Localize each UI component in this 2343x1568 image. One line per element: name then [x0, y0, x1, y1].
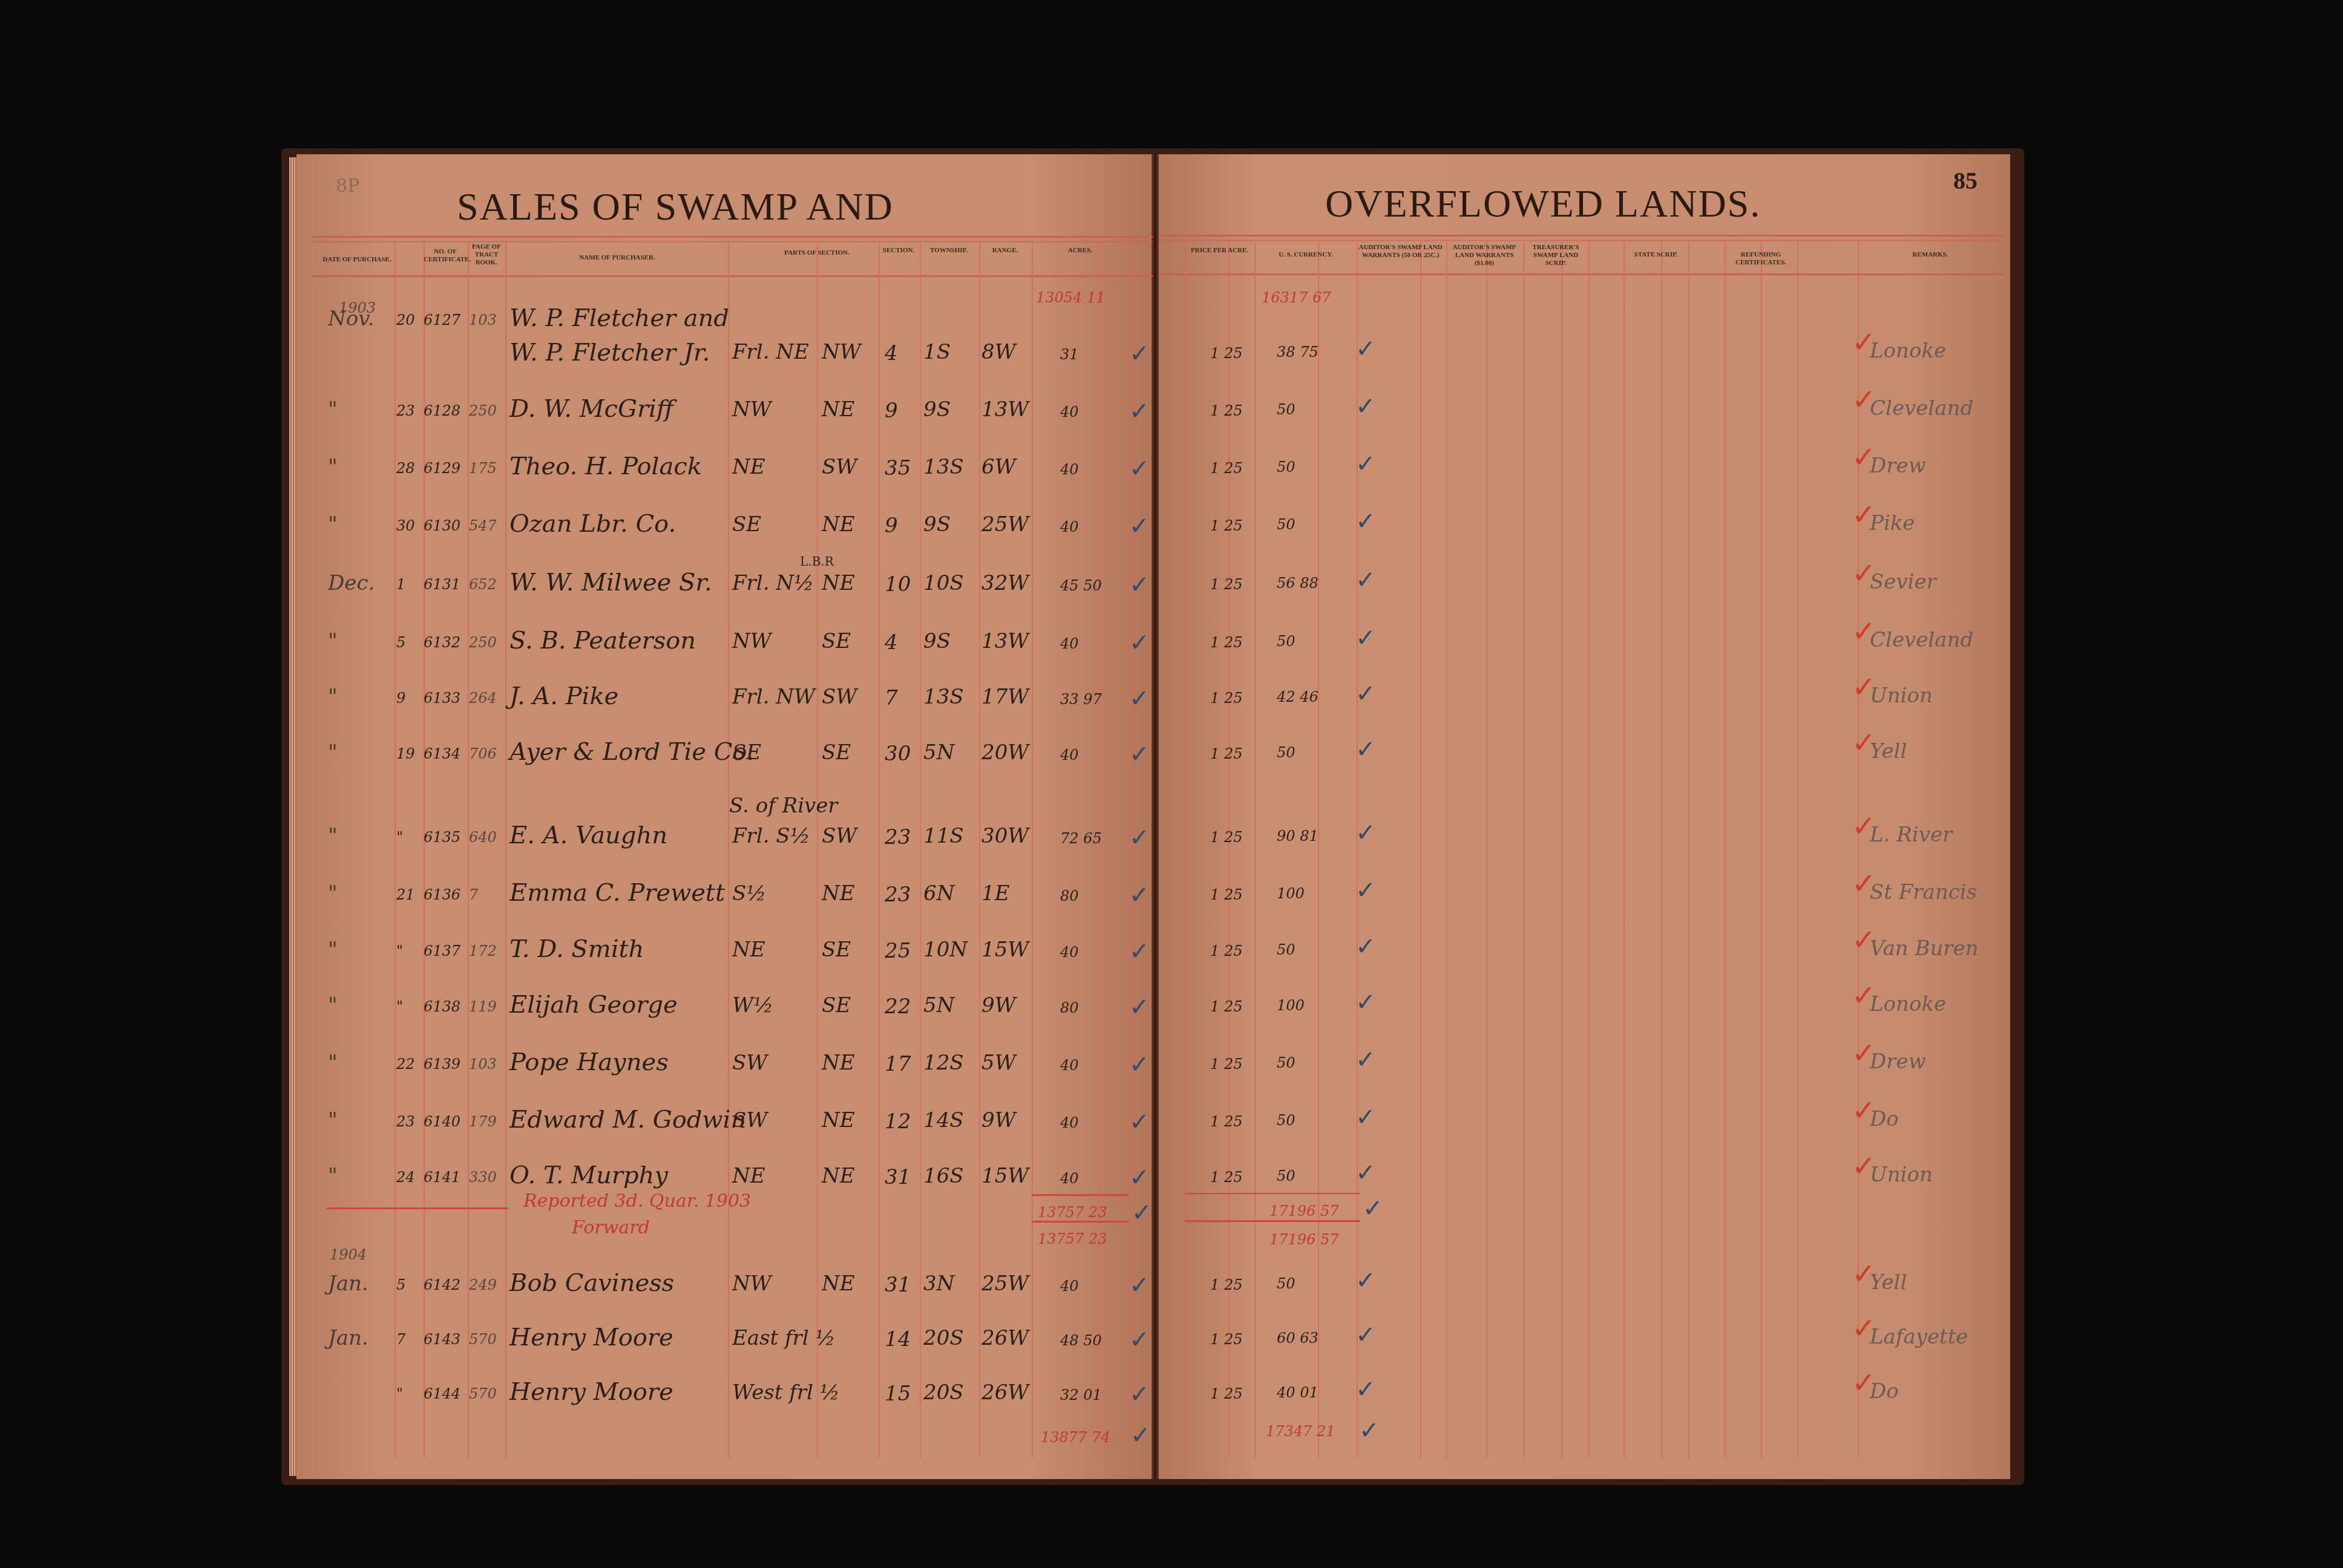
entry-part-of-section: West frl ½	[732, 1380, 840, 1405]
entry-remark-county: Do	[1870, 1107, 1899, 1131]
entry-purchaser-name: J. A. Pike	[510, 682, 618, 710]
entry-quarter: NE	[822, 1272, 855, 1296]
entry-township: 11S	[923, 824, 964, 848]
entry-us-currency: 50	[1277, 459, 1296, 475]
entry-remark-county: Union	[1870, 1163, 1933, 1187]
entry-day: 5	[396, 634, 405, 651]
col-rule	[1761, 242, 1762, 1458]
entry-quarter: SE	[822, 629, 851, 653]
forward-currency: 16317 67	[1262, 289, 1331, 306]
check-icon: ✓	[1129, 1108, 1150, 1136]
entry-part-of-section: W½	[732, 993, 773, 1018]
entry-purchaser-name: D. W. McGriff	[510, 395, 673, 423]
entry-section: 10	[885, 572, 911, 596]
entry-remark-county: Sevier	[1870, 570, 1936, 594]
check-icon: ✓	[1355, 1159, 1376, 1187]
header-tract-book-page: Page of Tract Book.	[469, 243, 504, 267]
entry-quarter: SE	[822, 740, 851, 765]
col-rule	[817, 242, 818, 1458]
entry-quarter: NE	[822, 1051, 855, 1075]
entry-acres: 40	[1060, 1057, 1079, 1074]
entry-part-of-section: SW	[732, 1108, 767, 1132]
entry-quarter: SE	[822, 938, 851, 962]
check-icon: ✓	[1129, 824, 1150, 852]
corner-mark: 8P	[336, 175, 359, 197]
entry-township: 13S	[923, 685, 964, 709]
entry-part-note: S. of River	[729, 794, 838, 818]
acres-total-rule	[1032, 1221, 1129, 1223]
check-icon: ✓	[1129, 340, 1150, 368]
entry-purchaser-name: Ozan Lbr. Co.	[510, 510, 676, 538]
entry-acres: 40	[1060, 1114, 1079, 1131]
entry-us-currency: 60 63	[1277, 1330, 1319, 1347]
entry-certificate: 6135	[424, 829, 460, 846]
entry-tract-page: 103	[469, 1056, 497, 1073]
entry-quarter: NE	[822, 571, 855, 595]
entry-range: 5W	[981, 1051, 1016, 1075]
check-icon: ✓	[1129, 512, 1150, 540]
entry-part-of-section: NW	[732, 1272, 772, 1296]
entry-price-per-acre: 1 25	[1210, 460, 1242, 477]
header-us-currency: U. S. Currency.	[1254, 251, 1357, 259]
entry-range: 26W	[981, 1326, 1029, 1350]
entry-us-currency: 50	[1277, 744, 1296, 761]
entry-day: 1	[396, 576, 405, 593]
entry-purchaser-name: Henry Moore	[510, 1324, 673, 1351]
entry-us-currency: 50	[1277, 1275, 1296, 1292]
entry-certificate: 6137	[424, 942, 460, 959]
entry-purchaser-name: S. B. Peaterson	[510, 627, 696, 655]
header-treasurer-scrip: Treasurer's Swamp Land Scrip.	[1523, 244, 1588, 267]
entry-purchaser-name: Pope Haynes	[510, 1048, 669, 1076]
entry-purchaser-name: Edward M. Godwin	[510, 1106, 746, 1134]
header-certificate: No. of Certificate.	[424, 248, 467, 264]
currency-forward-total: 17196 57	[1270, 1231, 1339, 1248]
check-icon: ✓	[1355, 1046, 1376, 1074]
check-icon: ✓	[1355, 1103, 1376, 1131]
col-rule	[1688, 242, 1689, 1458]
entry-us-currency: 50	[1277, 941, 1296, 958]
check-icon: ✓	[1129, 629, 1150, 657]
entry-acres: 31	[1060, 346, 1079, 363]
entry-range: 9W	[981, 993, 1016, 1018]
entry-range: 30W	[981, 824, 1029, 848]
entry-price-per-acre: 1 25	[1210, 1385, 1242, 1402]
acres-forward-total: 13757 23	[1038, 1230, 1107, 1247]
entry-quarter: NE	[822, 397, 855, 422]
entry-tract-page: 570	[469, 1385, 497, 1402]
entry-tract-page: 179	[469, 1113, 497, 1130]
col-rule	[1254, 242, 1256, 1458]
check-icon: ✓	[1129, 397, 1150, 425]
entry-range: 17W	[981, 685, 1029, 709]
entry-us-currency: 50	[1277, 1168, 1296, 1184]
entry-us-currency: 100	[1277, 885, 1305, 902]
col-rule	[728, 242, 729, 1458]
entry-tract-page: 103	[469, 312, 497, 328]
entry-range: 9W	[981, 1108, 1016, 1132]
forward-acres: 13054 11	[1036, 289, 1106, 306]
page-number: 85	[1953, 166, 1978, 195]
entry-tract-page: 706	[469, 745, 497, 762]
check-icon: ✓	[1355, 566, 1376, 594]
entry-remark-county: Yell	[1870, 1270, 1907, 1295]
header-remarks: Remarks.	[1861, 251, 2000, 259]
col-rule	[1588, 242, 1590, 1458]
entry-price-per-acre: 1 25	[1210, 1056, 1242, 1073]
entry-certificate: 6143	[424, 1331, 460, 1348]
entry-acres: 45 50	[1060, 577, 1102, 594]
col-rule	[1624, 242, 1625, 1458]
col-rule	[1561, 242, 1562, 1458]
entry-quarter: SE	[822, 993, 851, 1018]
entry-tract-page: 652	[469, 576, 497, 593]
col-rule	[1098, 242, 1099, 1458]
header-top-rule-2	[312, 241, 1153, 243]
header-bottom-rule	[312, 275, 1153, 277]
check-icon: ✓	[1355, 680, 1376, 708]
entry-us-currency: 50	[1277, 1112, 1296, 1129]
entry-remark-county: St Francis	[1870, 880, 1977, 904]
entry-month: "	[328, 1164, 338, 1188]
entry-price-per-acre: 1 25	[1210, 634, 1242, 651]
entry-day: "	[396, 942, 403, 959]
entry-township: 10N	[923, 938, 968, 962]
entry-range: 13W	[981, 397, 1029, 422]
entry-purchaser-name: W. W. Milwee Sr.	[510, 569, 712, 596]
entry-quarter: NW	[822, 340, 861, 364]
entry-certificate: 6132	[424, 634, 460, 651]
header-top-rule-right-2	[1159, 240, 2003, 241]
entry-acres: 40	[1060, 1170, 1079, 1187]
entry-section: 25	[885, 939, 911, 963]
entry-remark-county: Lafayette	[1870, 1325, 1968, 1349]
entry-section: 23	[885, 883, 911, 907]
quarter-currency-total: 17196 57	[1270, 1203, 1339, 1220]
entry-month: Jan.	[328, 1272, 369, 1296]
total-rule-left	[327, 1207, 508, 1209]
entry-range: 26W	[981, 1380, 1029, 1405]
check-icon: ✓	[1355, 450, 1376, 478]
entry-purchaser-name: Henry Moore	[510, 1378, 673, 1406]
entry-quarter: SW	[822, 824, 857, 848]
check-icon: ✓	[1129, 1326, 1150, 1354]
entry-day: 28	[396, 460, 415, 477]
page-title-left: SALES OF SWAMP AND	[457, 185, 894, 229]
entry-acres: 80	[1060, 887, 1079, 904]
entry-range: 15W	[981, 938, 1029, 962]
entry-part-of-section: SE	[732, 512, 761, 537]
entry-certificate: 6127	[424, 312, 460, 328]
entry-township: 20S	[923, 1326, 964, 1350]
check-icon: ✓	[1355, 1267, 1376, 1295]
entry-section: 4	[885, 630, 898, 655]
entry-remark-county: Lonoke	[1870, 992, 1946, 1016]
entry-remark-county: Drew	[1870, 454, 1926, 478]
entry-part-of-section: S½	[732, 881, 766, 906]
entry-section: 9	[885, 514, 898, 538]
entry-section: 31	[885, 1165, 911, 1189]
entry-acres: 72 65	[1060, 830, 1102, 847]
entry-section: 4	[885, 341, 898, 365]
entry-section: 15	[885, 1382, 911, 1406]
check-icon: ✓	[1132, 1199, 1152, 1227]
entry-certificate: 6128	[424, 402, 460, 419]
book-gutter	[1152, 154, 1159, 1479]
entry-range: 32W	[981, 571, 1029, 595]
check-icon: ✓	[1355, 1321, 1376, 1349]
entry-acres: 48 50	[1060, 1332, 1102, 1349]
entry-section: 14	[885, 1327, 911, 1351]
currency-total-rule	[1185, 1220, 1360, 1222]
check-icon: ✓	[1129, 685, 1150, 713]
entry-part-of-section: NE	[732, 938, 765, 962]
check-icon: ✓	[1359, 1417, 1380, 1445]
entry-township: 20S	[923, 1380, 964, 1405]
entry-township: 9S	[923, 397, 951, 422]
entry-section: 31	[885, 1273, 911, 1297]
entry-price-per-acre: 1 25	[1210, 690, 1242, 707]
entry-tract-page: 249	[469, 1276, 497, 1293]
entry-section: 23	[885, 825, 911, 849]
col-rule	[979, 242, 980, 1458]
col-rule	[1446, 242, 1447, 1458]
check-icon: ✓	[1129, 938, 1150, 965]
acres-subtotal-rule	[1032, 1194, 1129, 1196]
check-icon: ✓	[1129, 455, 1150, 483]
entry-purchaser-name: Bob Caviness	[510, 1269, 674, 1297]
entry-price-per-acre: 1 25	[1210, 576, 1242, 593]
col-rule	[424, 242, 425, 1458]
col-rule	[1318, 242, 1319, 1458]
entry-price-per-acre: 1 25	[1210, 829, 1242, 846]
entry-certificate: 6140	[424, 1113, 460, 1130]
entry-township: 10S	[923, 571, 964, 595]
entry-month: Nov.	[328, 307, 374, 331]
entry-day: 21	[396, 886, 415, 903]
entry-remark-county: Cleveland	[1870, 628, 1973, 652]
entry-month: "	[328, 629, 338, 653]
header-date-of-purchase: Date of Purchase.	[321, 256, 393, 264]
header-auditor-warrants-100: Auditor's Swamp Land Warrants ($1.00)	[1446, 244, 1522, 267]
entry-month: Jan.	[328, 1326, 369, 1350]
col-rule	[1032, 242, 1033, 1458]
entry-township: 3N	[923, 1272, 954, 1296]
col-rule	[1486, 242, 1487, 1458]
entry-tract-page: 570	[469, 1331, 497, 1348]
entry-section: 7	[885, 686, 898, 710]
entry-remark-county: Cleveland	[1870, 396, 1973, 420]
entry-quarter: NE	[822, 1108, 855, 1132]
entry-range: 8W	[981, 340, 1016, 364]
entry-day: 7	[396, 1331, 405, 1348]
entry-month: "	[328, 685, 338, 709]
entry-tract-page: 264	[469, 690, 497, 707]
entry-acres: 40	[1060, 1278, 1079, 1295]
col-rule	[1523, 242, 1524, 1458]
check-icon: ✓	[1363, 1195, 1383, 1223]
entry-acres: 40	[1060, 944, 1079, 961]
entry-certificate: 6131	[424, 576, 460, 593]
entry-month: "	[328, 881, 338, 906]
entry-tract-page: 547	[469, 517, 497, 534]
entry-month: "	[328, 938, 338, 962]
entry-day: "	[396, 829, 403, 846]
entry-section: 12	[885, 1109, 911, 1134]
entry-range: 25W	[981, 512, 1029, 537]
entry-part-of-section: NE	[732, 1164, 765, 1188]
entry-month: "	[328, 1108, 338, 1132]
entry-day: 9	[396, 690, 405, 707]
entry-month: "	[328, 824, 338, 848]
col-rule	[1725, 242, 1726, 1458]
entry-tract-page: 119	[469, 998, 497, 1015]
entry-tract-page: 250	[469, 634, 497, 651]
entry-quarter: NE	[822, 881, 855, 906]
check-icon: ✓	[1129, 881, 1150, 909]
check-icon: ✓	[1129, 1380, 1150, 1408]
check-icon: ✓	[1129, 993, 1150, 1021]
entry-part-of-section: Frl. NE	[732, 340, 809, 364]
entry-month: "	[328, 512, 338, 537]
entry-us-currency: 50	[1277, 401, 1296, 418]
entry-tract-page: 640	[469, 829, 497, 846]
entry-part-of-section: Frl. S½	[732, 824, 810, 848]
col-rule	[920, 242, 921, 1458]
check-icon: ✓	[1355, 819, 1376, 847]
col-rule	[1661, 242, 1662, 1458]
entry-price-per-acre: 1 25	[1210, 886, 1242, 903]
header-refunding-certificates: Refunding Certificates.	[1725, 251, 1797, 267]
entry-certificate: 6136	[424, 886, 460, 903]
entry-township: 5N	[923, 740, 954, 765]
entry-certificate: 6142	[424, 1276, 460, 1293]
entry-section: 9	[885, 399, 898, 423]
entry-part-of-section: NW	[732, 629, 772, 653]
entry-part-of-section: SE	[732, 740, 761, 765]
entry-quarter: SW	[822, 685, 857, 709]
col-rule	[1185, 242, 1186, 1458]
check-icon: ✓	[1129, 1272, 1150, 1299]
entry-range: 25W	[981, 1272, 1029, 1296]
check-icon: ✓	[1129, 740, 1150, 768]
entry-day: 5	[396, 1276, 405, 1293]
header-price-per-acre: Price Per Acre.	[1185, 247, 1254, 255]
entry-tract-page: 7	[469, 886, 478, 903]
col-rule	[468, 242, 469, 1458]
header-top-rule-right	[1159, 235, 2003, 237]
entry-purchaser-name: Elijah George	[510, 991, 678, 1019]
entry-quarter: SW	[822, 455, 857, 479]
entry-acres: 32 01	[1060, 1387, 1102, 1403]
entry-purchaser-name: O. T. Murphy	[510, 1161, 668, 1189]
check-icon: ✓	[1355, 933, 1376, 961]
entry-day: 24	[396, 1169, 415, 1186]
entry-range: 1E	[981, 881, 1009, 906]
entry-price-per-acre: 1 25	[1210, 998, 1242, 1015]
check-icon: ✓	[1355, 877, 1376, 904]
header-bottom-rule-right	[1159, 273, 2003, 275]
entry-township: 1S	[923, 340, 951, 364]
entry-day: 23	[396, 1113, 415, 1130]
entry-us-currency: 90 81	[1277, 828, 1319, 844]
entry-quarter: NE	[822, 512, 855, 537]
year-1904: 1904	[330, 1246, 367, 1263]
entry-us-currency: 56 88	[1277, 575, 1319, 592]
entry-day: "	[396, 1385, 403, 1402]
entry-remark-county: Pike	[1870, 511, 1915, 535]
entry-day: 22	[396, 1056, 415, 1073]
entry-part-of-section: SW	[732, 1051, 767, 1075]
entry-part-of-section: NE	[732, 455, 765, 479]
entry-purchaser-name: Theo. H. Polack	[510, 452, 702, 480]
entry-remark-county: Lonoke	[1870, 339, 1946, 363]
entry-remark-county: Yell	[1870, 739, 1907, 763]
col-rule	[395, 242, 396, 1458]
entry-price-per-acre: 1 25	[1210, 1331, 1242, 1348]
entry-day: 30	[396, 517, 415, 534]
entry-certificate: 6144	[424, 1385, 460, 1402]
col-rule	[1228, 242, 1230, 1458]
entry-purchaser-name: Ayer & Lord Tie Co.	[510, 738, 754, 766]
entry-acres: 40	[1060, 518, 1079, 535]
check-icon: ✓	[1355, 1376, 1376, 1403]
entry-part-note: L.B.R	[800, 554, 834, 569]
entry-month: Dec.	[328, 571, 375, 595]
entry-township: 13S	[923, 455, 964, 479]
header-range: Range.	[979, 247, 1031, 255]
header-township: Township.	[920, 247, 978, 255]
entry-day: "	[396, 998, 403, 1015]
check-icon: ✓	[1129, 1051, 1150, 1079]
entry-township: 12S	[923, 1051, 964, 1075]
entry-us-currency: 50	[1277, 1054, 1296, 1071]
entry-section: 30	[885, 742, 911, 766]
header-top-rule	[312, 236, 1153, 238]
entry-day: 23	[396, 402, 415, 419]
entry-acres: 40	[1060, 635, 1079, 652]
quarter-forward-label: Forward	[572, 1217, 650, 1238]
entry-purchaser-name-2: W. P. Fletcher Jr.	[510, 339, 710, 367]
entry-price-per-acre: 1 25	[1210, 1276, 1242, 1293]
header-section: Section.	[879, 247, 919, 255]
entry-us-currency: 100	[1277, 997, 1305, 1014]
col-rule	[1420, 242, 1421, 1458]
entry-section: 35	[885, 456, 911, 480]
entry-month: "	[328, 993, 338, 1018]
entry-township: 6N	[923, 881, 954, 906]
entry-certificate: 6133	[424, 690, 460, 707]
entry-section: 22	[885, 995, 911, 1019]
entry-part-of-section: NW	[732, 397, 772, 422]
check-icon: ✓	[1355, 988, 1376, 1016]
page-title-right: OVERFLOWED LANDS.	[1325, 181, 1761, 226]
entry-range: 13W	[981, 629, 1029, 653]
entry-range: 20W	[981, 740, 1029, 765]
header-auditor-warrants-50: Auditor's Swamp Land Warrants (50 or 25c…	[1357, 244, 1444, 260]
entry-range: 6W	[981, 455, 1016, 479]
entry-month: "	[328, 455, 338, 479]
entry-remark-county: Do	[1870, 1379, 1899, 1403]
check-icon: ✓	[1355, 335, 1376, 363]
entry-certificate: 6141	[424, 1169, 460, 1186]
entry-quarter: NE	[822, 1164, 855, 1188]
entry-remark-county: Drew	[1870, 1050, 1926, 1074]
final-acres-total: 13877 74	[1041, 1429, 1110, 1446]
check-icon: ✓	[1355, 736, 1376, 763]
entry-certificate: 6134	[424, 745, 460, 762]
entry-certificate: 6138	[424, 998, 460, 1015]
